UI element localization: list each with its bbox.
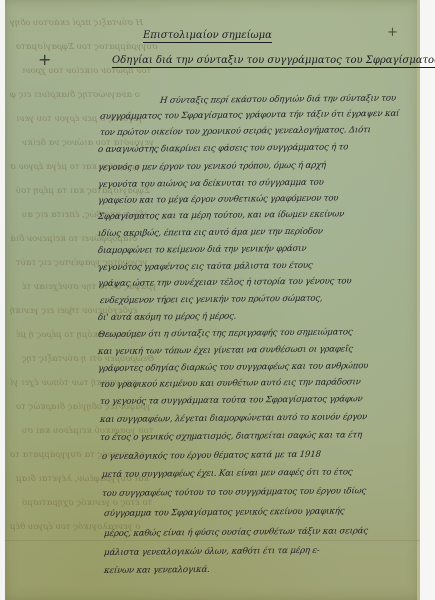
bleed-through-line: Η σύνταξις περί εκάστου οδηγ	[10, 18, 143, 28]
cross-mark-right: +	[387, 26, 398, 39]
handwritten-line: κείνων και γενεαλογικά.	[104, 565, 210, 576]
paper-fold-line	[5, 540, 420, 541]
scan-margin	[420, 0, 435, 600]
document-title: Επιστολιμαίον σημείωμα	[143, 30, 272, 43]
bleed-through-line: ο αναγνώστης διακρίνει εις φ	[10, 90, 140, 100]
bleed-through-line: το έτος ο γενικός σχηματισμό	[22, 498, 152, 508]
handwritten-line: δι' αυτά ακόμη το μέρος ή μέρος.	[98, 312, 237, 323]
cross-mark-left: +	[38, 52, 51, 68]
document-subtitle: Οδηγίαι διά την σύνταξιν του συγγράμματο…	[112, 55, 435, 68]
